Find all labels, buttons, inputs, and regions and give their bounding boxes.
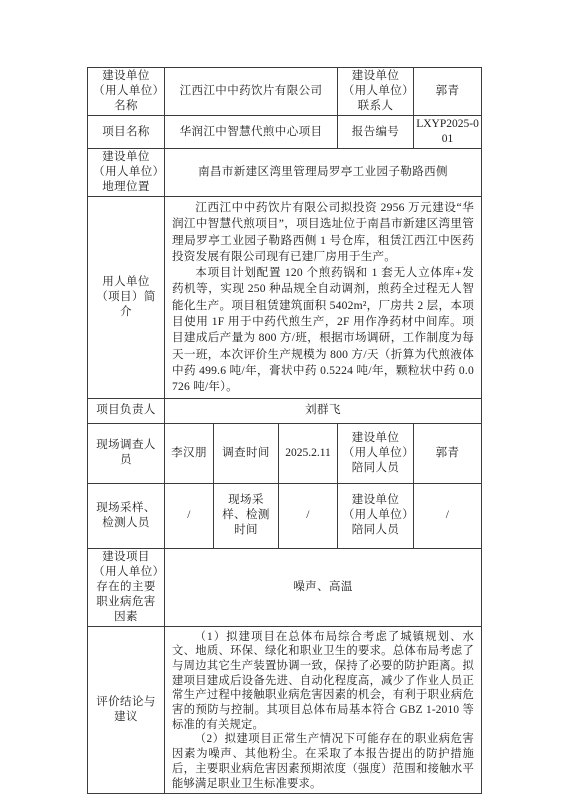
conclusion-paragraph-1: （1）拟建项目在总体布局综合考虑了城镇规划、水文、地质、环保、绿化和职业卫生的要…	[172, 630, 474, 733]
field-label-unit-name: 建设单位（用人单位）名称	[88, 68, 165, 116]
row-location: 建设单位（用人单位）地理位置 南昌市新建区湾里管理局罗亭工业园子勒路西侧	[88, 149, 482, 197]
field-label-conclusion: 评价结论与建议	[88, 626, 165, 794]
field-label-sampling-personnel: 现场采样、检测人员	[88, 483, 165, 548]
conclusion-paragraph-2: （2）拟建项目正常生产情况下可能存在的职业病危害因素为噪声、其他粉尘。在采取了本…	[172, 732, 474, 791]
field-value-unit-contact: 郭青	[414, 68, 482, 116]
row-project-intro: 用人单位（项目）简介 江西江中中药饮片有限公司拟投资 2956 万元建设“华润江…	[88, 197, 482, 399]
field-label-sampling-time: 现场采样、检测时间	[214, 483, 279, 548]
field-value-survey-escort: 郭青	[414, 423, 482, 483]
project-info-table: 建设单位（用人单位）名称 江西江中中药饮片有限公司 建设单位（用人单位）联系人 …	[87, 67, 482, 794]
row-project-name: 项目名称 华润江中智慧代煎中心项目 报告编号 LXYP2025-001	[88, 116, 482, 149]
field-value-project-intro: 江西江中中药饮片有限公司拟投资 2956 万元建设“华润江中智慧代煎项目”，项目…	[165, 197, 482, 399]
field-label-project-name: 项目名称	[88, 116, 165, 149]
field-value-survey-personnel: 李汉朋	[165, 423, 214, 483]
field-value-report-number: LXYP2025-001	[414, 116, 482, 149]
field-value-project-name: 华润江中智慧代煎中心项目	[165, 116, 338, 149]
field-label-survey-date: 调查时间	[214, 423, 279, 483]
field-value-project-leader: 刘群飞	[165, 398, 482, 423]
field-label-survey-escort: 建设单位（用人单位）陪同人员	[338, 423, 414, 483]
field-label-hazard-factors: 建设项目（用人单位）存在的主要职业病危害因素	[88, 548, 165, 626]
field-value-location: 南昌市新建区湾里管理局罗亭工业园子勒路西侧	[165, 149, 482, 197]
field-label-project-intro: 用人单位（项目）简介	[88, 197, 165, 399]
row-sampling: 现场采样、检测人员 / 现场采样、检测时间 / 建设单位（用人单位）陪同人员 /	[88, 483, 482, 548]
intro-paragraph-1: 江西江中中药饮片有限公司拟投资 2956 万元建设“华润江中智慧代煎项目”，项目…	[172, 200, 474, 265]
row-site-survey: 现场调查人员 李汉朋 调查时间 2025.2.11 建设单位（用人单位）陪同人员…	[88, 423, 482, 483]
field-value-conclusion: （1）拟建项目在总体布局综合考虑了城镇规划、水文、地质、环保、绿化和职业卫生的要…	[165, 626, 482, 794]
field-label-unit-contact: 建设单位（用人单位）联系人	[338, 68, 414, 116]
row-hazard-factors: 建设项目（用人单位）存在的主要职业病危害因素 噪声、高温	[88, 548, 482, 626]
field-value-hazard-factors: 噪声、高温	[165, 548, 482, 626]
field-value-sampling-personnel: /	[165, 483, 214, 548]
field-value-unit-name: 江西江中中药饮片有限公司	[165, 68, 338, 116]
field-value-sampling-escort: /	[414, 483, 482, 548]
row-unit-name: 建设单位（用人单位）名称 江西江中中药饮片有限公司 建设单位（用人单位）联系人 …	[88, 68, 482, 116]
document-page: 建设单位（用人单位）名称 江西江中中药饮片有限公司 建设单位（用人单位）联系人 …	[0, 0, 566, 800]
row-conclusion: 评价结论与建议 （1）拟建项目在总体布局综合考虑了城镇规划、水文、地质、环保、绿…	[88, 626, 482, 794]
intro-paragraph-2: 本项目计划配置 120 个煎药锅和 1 套无人立体库+发药机等，实现 250 种…	[172, 265, 474, 395]
field-value-sampling-time: /	[279, 483, 338, 548]
field-label-location: 建设单位（用人单位）地理位置	[88, 149, 165, 197]
field-label-survey-personnel: 现场调查人员	[88, 423, 165, 483]
field-label-project-leader: 项目负责人	[88, 398, 165, 423]
field-label-sampling-escort: 建设单位（用人单位）陪同人员	[338, 483, 414, 548]
row-project-leader: 项目负责人 刘群飞	[88, 398, 482, 423]
field-value-survey-date: 2025.2.11	[279, 423, 338, 483]
field-label-report-number: 报告编号	[338, 116, 414, 149]
